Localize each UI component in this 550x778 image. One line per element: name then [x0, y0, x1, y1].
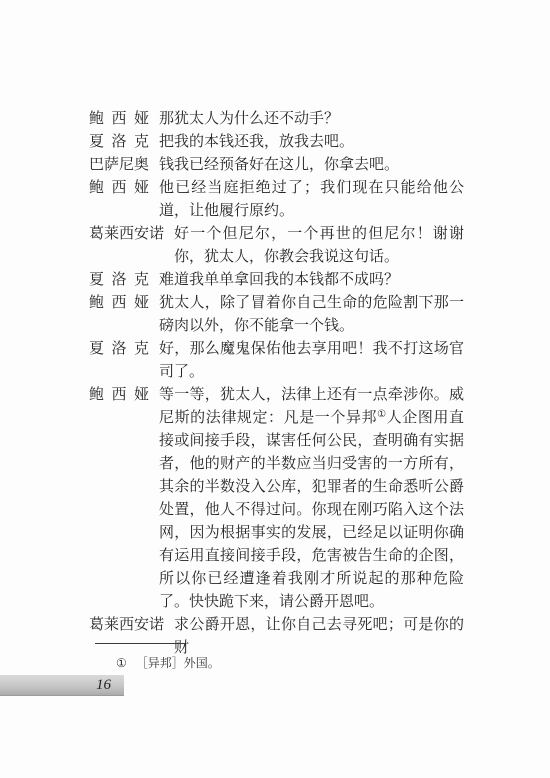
book-page: 鲍西娅那犹太人为什么还不动手？夏洛克把我的本钱还我，放我去吧。巴萨尼奥钱我已经预…	[0, 0, 550, 778]
speaker-name: 鲍西娅	[89, 292, 149, 315]
dialogue-entry: 夏洛克把我的本钱还我，放我去吧。	[89, 131, 464, 154]
speaker-name: 巴萨尼奥	[89, 154, 149, 177]
dialogue-entry: 巴萨尼奥钱我已经预备好在这儿，你拿去吧。	[89, 154, 464, 177]
speaker-name: 鲍西娅	[89, 108, 149, 131]
page-number: 16	[96, 677, 111, 694]
dialogue-text: 难道我单单拿回我的本钱都不成吗？	[159, 269, 464, 292]
dialogue-entry: 鲍西娅那犹太人为什么还不动手？	[89, 108, 464, 131]
speaker-name: 夏洛克	[89, 338, 149, 361]
speaker-name: 鲍西娅	[89, 384, 149, 407]
dialogue-entry: 葛莱西安诺好一个但尼尔，一个再世的但尼尔！谢谢你，犹太人，你教会我说这句话。	[89, 223, 464, 269]
dialogue-text: 等一等，犹太人，法律上还有一点牵涉你。威尼斯的法律规定：凡是一个异邦①人企图用直…	[159, 384, 464, 614]
dialogue-text: 求公爵开恩，让你自己去寻死吧；可是你的财	[174, 614, 464, 660]
dialogue-entry: 鲍西娅他已经当庭拒绝过了；我们现在只能给他公道，让他履行原约。	[89, 177, 464, 223]
page-number-bar: 16	[0, 675, 124, 696]
dialogue-text: 犹太人，除了冒着你自己生命的危险割下那一磅肉以外，你不能拿一个钱。	[159, 292, 464, 338]
speaker-name: 葛莱西安诺	[89, 614, 164, 637]
dialogue-text: 把我的本钱还我，放我去吧。	[159, 131, 464, 154]
speaker-name: 夏洛克	[89, 131, 149, 154]
footnote: ①［异邦］外国。	[116, 655, 220, 672]
dialogue-entry: 夏洛克好，那么魔鬼保佑他去享用吧！我不打这场官司了。	[89, 338, 464, 384]
dialogue-list: 鲍西娅那犹太人为什么还不动手？夏洛克把我的本钱还我，放我去吧。巴萨尼奥钱我已经预…	[89, 108, 464, 660]
dialogue-text: 他已经当庭拒绝过了；我们现在只能给他公道，让他履行原约。	[159, 177, 464, 223]
footnote-text: ［异邦］外国。	[136, 656, 220, 670]
dialogue-text: 那犹太人为什么还不动手？	[159, 108, 464, 131]
footnote-divider	[95, 643, 185, 644]
dialogue-text: 钱我已经预备好在这儿，你拿去吧。	[159, 154, 464, 177]
footnote-marker: ①	[116, 655, 127, 672]
speaker-name: 夏洛克	[89, 269, 149, 292]
dialogue-entry: 夏洛克难道我单单拿回我的本钱都不成吗？	[89, 269, 464, 292]
dialogue-entry: 鲍西娅犹太人，除了冒着你自己生命的危险割下那一磅肉以外，你不能拿一个钱。	[89, 292, 464, 338]
speaker-name: 鲍西娅	[89, 177, 149, 200]
speaker-name: 葛莱西安诺	[89, 223, 164, 246]
dialogue-text: 好，那么魔鬼保佑他去享用吧！我不打这场官司了。	[159, 338, 464, 384]
dialogue-text: 好一个但尼尔，一个再世的但尼尔！谢谢你，犹太人，你教会我说这句话。	[174, 223, 464, 269]
footnote-reference: ①	[377, 409, 387, 420]
dialogue-entry: 鲍西娅等一等，犹太人，法律上还有一点牵涉你。威尼斯的法律规定：凡是一个异邦①人企…	[89, 384, 464, 614]
dialogue-entry: 葛莱西安诺求公爵开恩，让你自己去寻死吧；可是你的财	[89, 614, 464, 660]
